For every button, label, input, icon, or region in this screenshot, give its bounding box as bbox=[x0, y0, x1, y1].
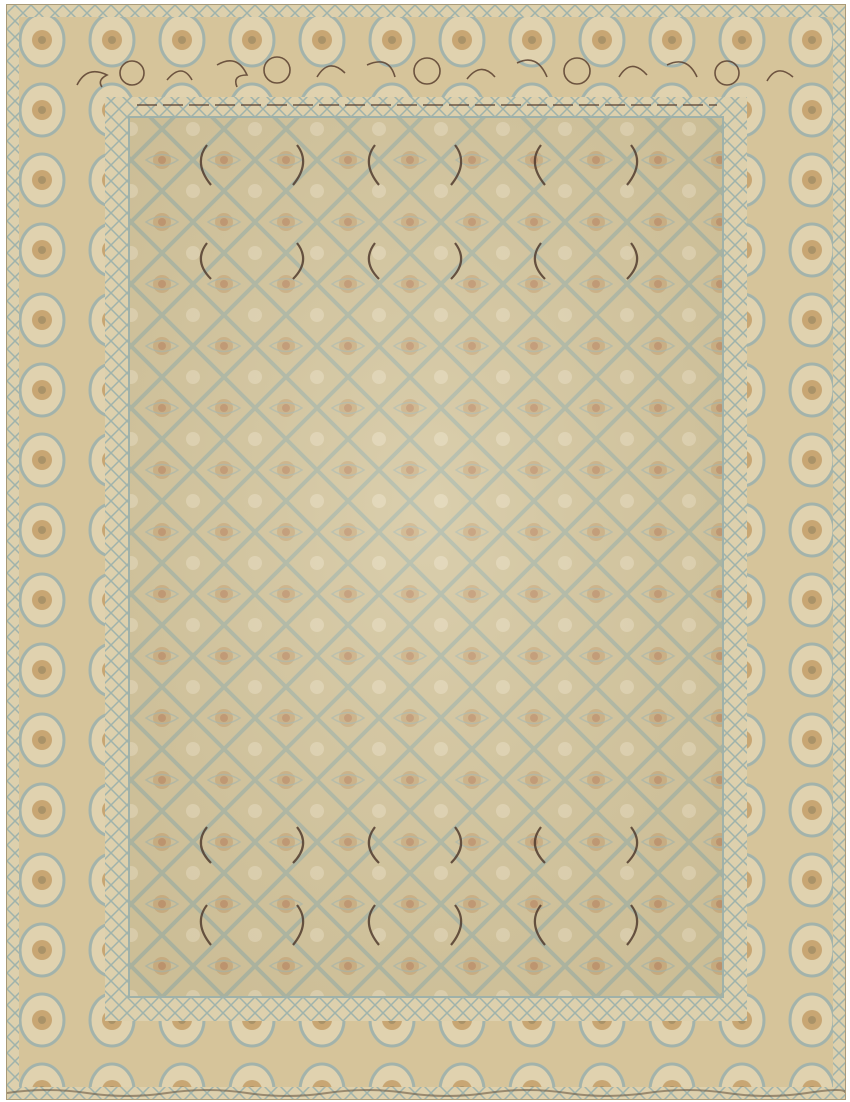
rug-photo bbox=[6, 4, 846, 1100]
rug-pattern bbox=[7, 5, 845, 1099]
